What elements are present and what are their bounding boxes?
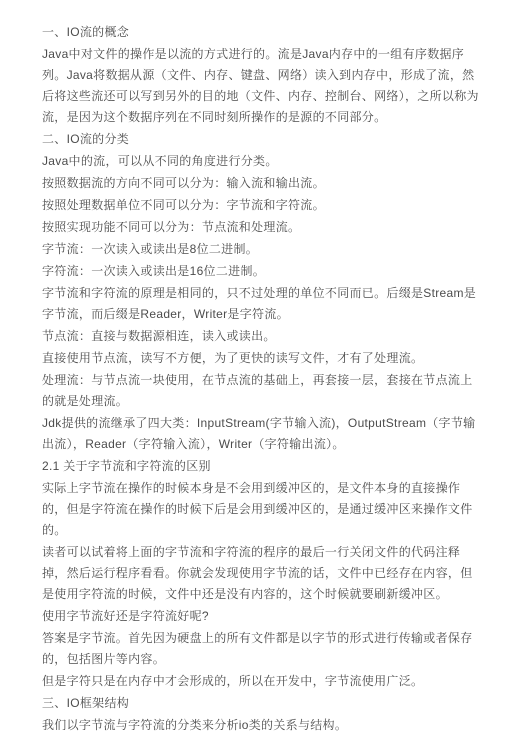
paragraph: 实际上字节流在操作的时候本身是不会用到缓冲区的，是文件本身的直接操作的，但是字符… (42, 478, 481, 541)
paragraph: 使用字节流好还是字符流好呢? (42, 606, 481, 627)
paragraph: 节点流：直接与数据源相连，读入或读出。 (42, 326, 481, 347)
paragraph: 字节流和字符流的原理是相同的，只不过处理的单位不同而已。后缀是Stream是字节… (42, 283, 481, 325)
paragraph: 直接使用节点流，读写不方便，为了更快的读写文件，才有了处理流。 (42, 348, 481, 369)
paragraph: 按照处理数据单位不同可以分为：字节流和字符流。 (42, 195, 481, 216)
paragraph: 我们以字节流与字符流的分类来分析io类的关系与结构。 (42, 715, 481, 736)
section-2-heading: 二、IO流的分类 (42, 129, 481, 150)
paragraph: 但是字符只是在内存中才会形成的，所以在开发中，字节流使用广泛。 (42, 671, 481, 692)
paragraph: 按照实现功能不同可以分为：节点流和处理流。 (42, 217, 481, 238)
paragraph: 处理流：与节点流一块使用，在节点流的基础上，再套接一层，套接在节点流上的就是处理… (42, 370, 481, 412)
paragraph: 答案是字节流。首先因为硬盘上的所有文件都是以字节的形式进行传输或者保存的，包括图… (42, 628, 481, 670)
paragraph: 按照数据流的方向不同可以分为：输入流和输出流。 (42, 173, 481, 194)
section-1-heading: 一、IO流的概念 (42, 22, 481, 43)
subsection-2-1-heading: 2.1 关于字节流和字符流的区别 (42, 456, 481, 477)
section-1-paragraph: Java中对文件的操作是以流的方式进行的。流是Java内存中的一组有序数据序列。… (42, 44, 481, 128)
paragraph: 字符流：一次读入或读出是16位二进制。 (42, 261, 481, 282)
paragraph: Jdk提供的流继承了四大类：InputStream(字节输入流)，OutputS… (42, 413, 481, 455)
paragraph: Java中的流，可以从不同的角度进行分类。 (42, 151, 481, 172)
document-page: 一、IO流的概念 Java中对文件的操作是以流的方式进行的。流是Java内存中的… (0, 0, 519, 737)
paragraph: 字节流：一次读入或读出是8位二进制。 (42, 239, 481, 260)
section-3-heading: 三、IO框架结构 (42, 693, 481, 714)
paragraph: 读者可以试着将上面的字节流和字符流的程序的最后一行关闭文件的代码注释掉，然后运行… (42, 542, 481, 605)
